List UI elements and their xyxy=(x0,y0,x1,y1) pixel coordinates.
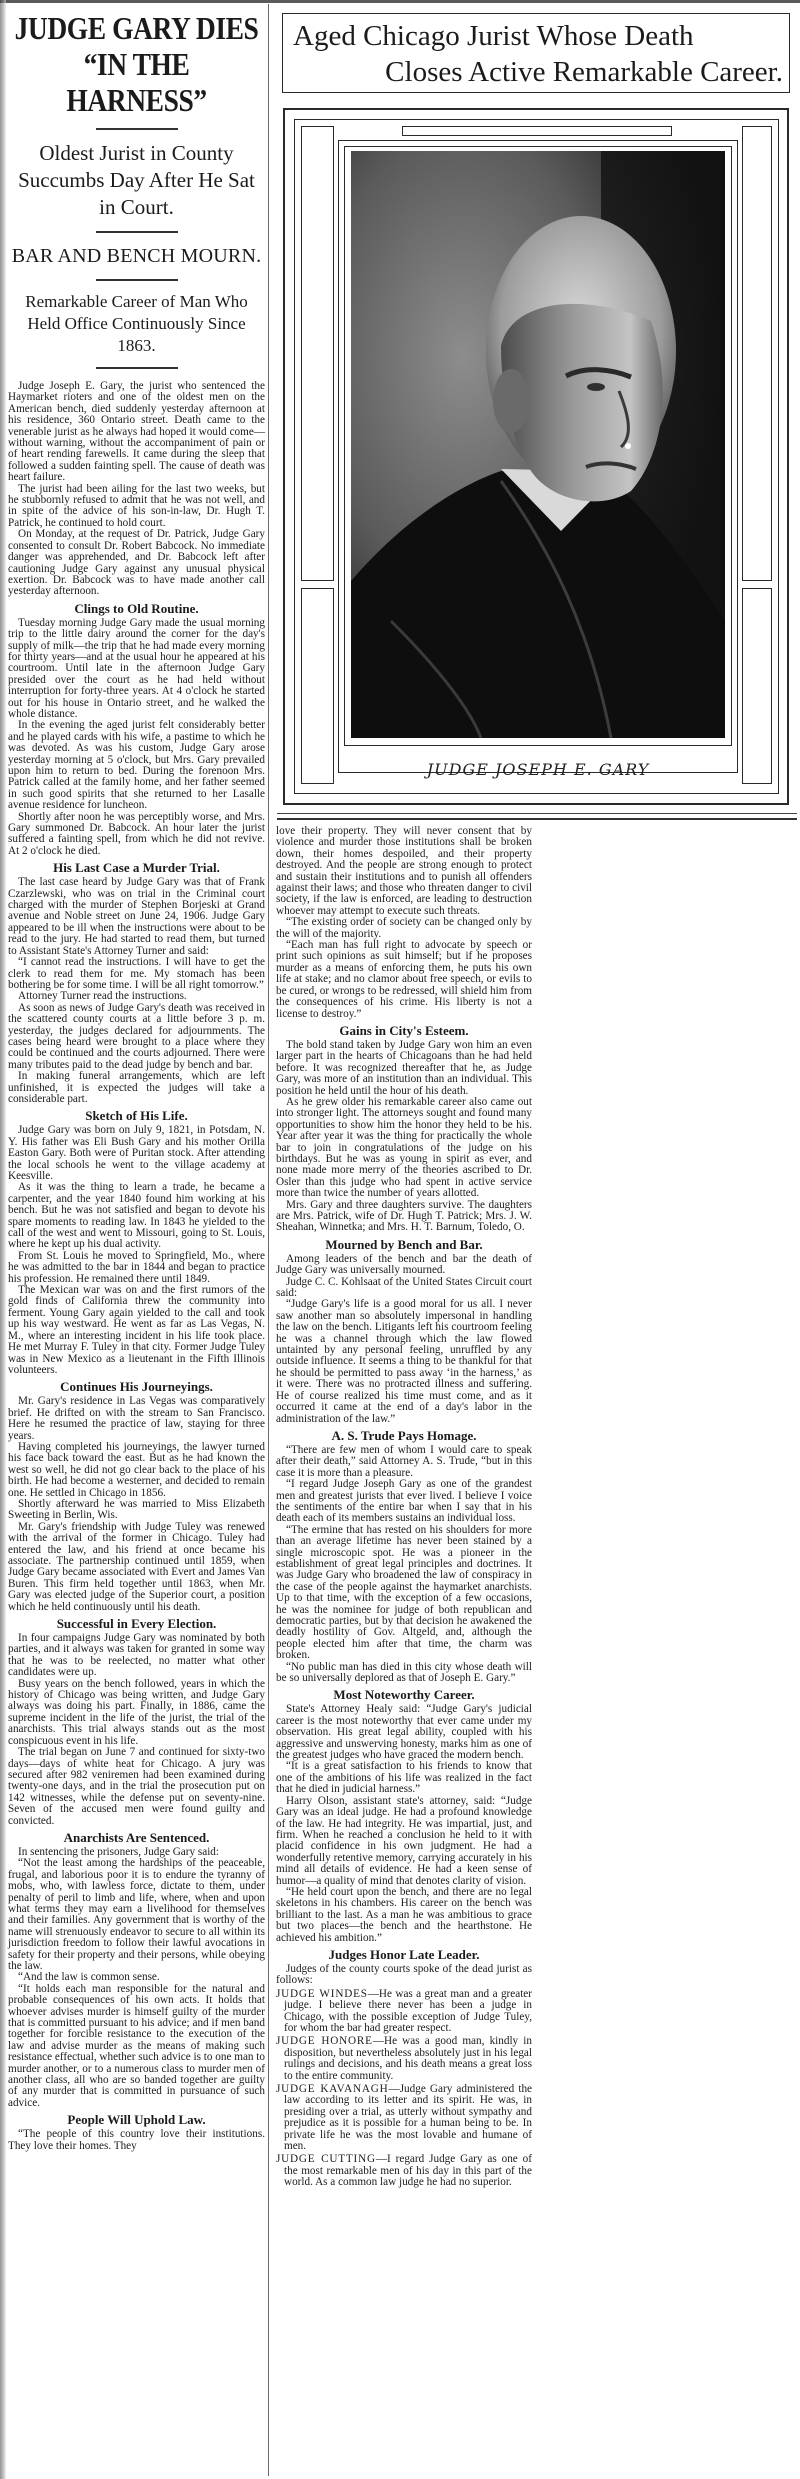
article-paragraph: In making funeral arrangements, which ar… xyxy=(8,1071,265,1105)
section-subhead: Most Noteworthy Career. xyxy=(276,1686,532,1703)
article-paragraph: Harry Olson, assistant state's attorney,… xyxy=(276,1796,532,1887)
left-column: JUDGE GARY DIES “IN THE HARNESS” Oldest … xyxy=(8,6,265,2152)
article-paragraph: “It holds each man responsible for the n… xyxy=(8,1984,265,2109)
article-paragraph: Shortly after noon he was perceptibly wo… xyxy=(8,812,265,858)
section-rule xyxy=(277,813,797,814)
article-paragraph: “No public man has died in this city who… xyxy=(276,1662,532,1685)
section-subhead: People Will Uphold Law. xyxy=(8,2111,265,2128)
article-paragraph: The jurist had been ailing for the last … xyxy=(8,484,265,530)
section-subhead: Gains in City's Esteem. xyxy=(276,1022,532,1039)
article-paragraph: “I regard Judge Joseph Gary as one of th… xyxy=(276,1479,532,1525)
article-paragraph: “Each man has full right to advocate by … xyxy=(276,940,532,1020)
section-subhead: Anarchists Are Sentenced. xyxy=(8,1829,265,1846)
deck-remarkable-career: Remarkable Career of Man Who Held Office… xyxy=(8,291,265,357)
article-paragraph: “Judge Gary's life is a good moral for u… xyxy=(276,1299,532,1424)
article-paragraph: “I cannot read the instructions. I will … xyxy=(8,957,265,991)
divider xyxy=(96,128,178,130)
judge-name: JUDGE CUTTING xyxy=(276,2153,376,2165)
article-paragraph: As he grew older his remarkable career a… xyxy=(276,1097,532,1200)
frame-side-panel-right-lower xyxy=(742,588,772,784)
section-subhead: Judges Honor Late Leader. xyxy=(276,1946,532,1963)
section-subhead: His Last Case a Murder Trial. xyxy=(8,859,265,876)
middle-column: love their property. They will never con… xyxy=(276,826,532,2191)
article-paragraph: The Mexican war was on and the first rum… xyxy=(8,1285,265,1376)
divider xyxy=(96,279,178,281)
deck-bar-bench: BAR AND BENCH MOURN. xyxy=(8,243,265,269)
section-subhead: Mourned by Bench and Bar. xyxy=(276,1236,532,1253)
article-paragraph: Attorney Turner read the instructions. xyxy=(8,991,265,1002)
article-paragraph: “The existing order of society can be ch… xyxy=(276,917,532,940)
photo-headline-line1: Aged Chicago Jurist Whose Death xyxy=(293,20,694,52)
article-body-left: Judge Joseph E. Gary, the jurist who sen… xyxy=(8,381,265,2152)
article-paragraph: Busy years on the bench followed, years … xyxy=(8,1679,265,1747)
section-subhead: Clings to Old Routine. xyxy=(8,600,265,617)
article-paragraph: Judges of the county courts spoke of the… xyxy=(276,1964,532,1987)
article-paragraph: Mr. Gary's residence in Las Vegas was co… xyxy=(8,1396,265,1442)
main-headline: JUDGE GARY DIES “IN THE HARNESS” xyxy=(11,10,263,118)
photo-headline-line2: Closes Active Remarkable Career. xyxy=(385,56,783,88)
frame-side-panel-left xyxy=(301,126,334,581)
scan-edge-shadow xyxy=(0,0,6,2479)
photo-caption: JUDGE JOSEPH E. GARY xyxy=(338,760,738,779)
article-paragraph: “There are few men of whom I would care … xyxy=(276,1445,532,1479)
article-paragraph: Mrs. Gary and three daughters survive. T… xyxy=(276,1200,532,1234)
article-paragraph: “The people of this country love their i… xyxy=(8,2129,265,2152)
section-rule xyxy=(277,818,797,820)
article-paragraph: In four campaigns Judge Gary was nominat… xyxy=(8,1633,265,1679)
article-paragraph: Judge Gary was born on July 9, 1821, in … xyxy=(8,1125,265,1182)
article-paragraph: As soon as news of Judge Gary's death wa… xyxy=(8,1003,265,1071)
article-paragraph: “It is a great satisfaction to his frien… xyxy=(276,1761,532,1795)
judge-quote: JUDGE CUTTING—I regard Judge Gary as one… xyxy=(276,2154,532,2188)
section-subhead: Sketch of His Life. xyxy=(8,1107,265,1124)
deck-oldest-jurist: Oldest Jurist in County Succumbs Day Aft… xyxy=(8,140,265,221)
article-paragraph: Judge Joseph E. Gary, the jurist who sen… xyxy=(8,381,265,484)
judge-quote: JUDGE WINDES—He was a great man and a gr… xyxy=(276,1989,532,2035)
frame-top-panel xyxy=(402,126,672,136)
article-paragraph: “The ermine that has rested on his shoul… xyxy=(276,1525,532,1662)
frame-side-panel-left-lower xyxy=(301,588,334,784)
section-subhead: Continues His Journeyings. xyxy=(8,1378,265,1395)
section-subhead: A. S. Trude Pays Homage. xyxy=(276,1427,532,1444)
article-paragraph: The bold stand taken by Judge Gary won h… xyxy=(276,1040,532,1097)
article-paragraph: The trial began on June 7 and continued … xyxy=(8,1747,265,1827)
article-paragraph: From St. Louis he moved to Springfield, … xyxy=(8,1251,265,1285)
article-paragraph: love their property. They will never con… xyxy=(276,826,532,917)
article-paragraph: State's Attorney Healy said: “Judge Gary… xyxy=(276,1704,532,1761)
column-rule xyxy=(268,4,269,2476)
article-paragraph: In the evening the aged jurist felt cons… xyxy=(8,720,265,811)
article-paragraph: Among leaders of the bench and bar the d… xyxy=(276,1254,532,1277)
judge-quote: JUDGE KAVANAGH—Judge Gary administered t… xyxy=(276,2084,532,2152)
section-subhead: Successful in Every Election. xyxy=(8,1615,265,1632)
article-paragraph: The last case heard by Judge Gary was th… xyxy=(8,877,265,957)
article-paragraph: “He held court upon the bench, and there… xyxy=(276,1887,532,1944)
frame-side-panel-right xyxy=(742,126,772,581)
portrait-photo xyxy=(351,151,725,738)
article-paragraph: Mr. Gary's friendship with Judge Tuley w… xyxy=(8,1522,265,1613)
divider xyxy=(96,231,178,233)
article-body-continued: love their property. They will never con… xyxy=(276,826,532,1987)
judge-quote: JUDGE HONORE—He was a good man, kindly i… xyxy=(276,2036,532,2082)
judge-name: JUDGE HONORE xyxy=(276,2035,373,2047)
page-top-rule xyxy=(0,0,800,3)
article-paragraph: Having completed his journeyings, the la… xyxy=(8,1442,265,1499)
judge-name: JUDGE WINDES xyxy=(276,1988,368,2000)
article-paragraph: As it was the thing to learn a trade, he… xyxy=(8,1182,265,1250)
photo-headline-box: Aged Chicago Jurist Whose Death Closes A… xyxy=(282,13,790,93)
article-paragraph: On Monday, at the request of Dr. Patrick… xyxy=(8,529,265,597)
article-paragraph: “Not the least among the hardships of th… xyxy=(8,1858,265,1972)
judge-name: JUDGE KAVANAGH xyxy=(276,2083,389,2095)
article-paragraph: Shortly afterward he was married to Miss… xyxy=(8,1499,265,1522)
portrait-illustration xyxy=(351,151,725,738)
article-paragraph: Judge C. C. Kohlsaat of the United State… xyxy=(276,1277,532,1300)
divider xyxy=(96,367,178,369)
judge-quotes-list: JUDGE WINDES—He was a great man and a gr… xyxy=(276,1989,532,2189)
article-paragraph: Tuesday morning Judge Gary made the usua… xyxy=(8,618,265,721)
